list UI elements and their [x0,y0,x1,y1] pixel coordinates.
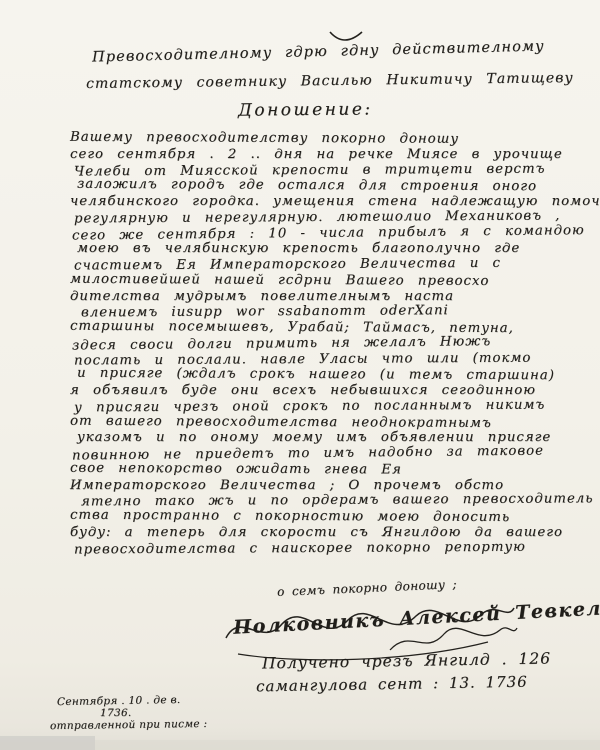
addressee-line-2: статскому советнику Василью Никитичу Тат… [86,70,574,92]
body-line: свое непокорство ожидать гнева Ея [70,460,550,478]
body-line: Вашему превосходителству покорно доношу [70,130,550,148]
body-line: милостивейшей нашей гсдрни Вашего превос… [70,271,550,289]
body-text: Вашему превосходителству покорно доношу … [70,131,550,556]
margin-note-line-1: Сентября . 10 . де в. [57,694,181,708]
margin-note-line-3: отправленной при писме : [50,718,207,732]
received-note-line-1: Получено чрезъ Янгилд . 126 [262,649,551,672]
body-line: заложилъ городъ где остался для строения… [77,177,550,195]
body-line: моею въ челябинскую крепость благополучн… [77,241,550,257]
body-line: у присяги чрезъ оной срокъ по посланнымъ… [74,397,554,416]
body-line: челябинского городка. умещения стена над… [70,194,550,210]
body-line: сего сентября . 2 .. дня на речке Миясе … [70,147,550,163]
paper-corner-shadow [0,736,95,750]
received-note-line-2: самангулова сент : 13. 1736 [256,673,528,696]
body-line: ства пространно с покорностию моею донос… [70,508,550,526]
body-line: буду: а теперь для скорости съ Янгилдою … [70,525,550,541]
document-title: Доношение: [238,99,373,120]
margin-note-line-2: 1736. [100,707,132,719]
body-line: я объявилъ буде они всехъ небывшихся сег… [70,383,550,399]
body-line: и присяге (ждалъ срокъ нашего (и темъ ст… [77,366,550,384]
manuscript-page: Превосходителному гдрю гдну действително… [0,0,600,750]
body-line: Императорского Величества ; О прочемъ об… [70,478,550,494]
body-line: дителства мудрымъ повелителнымъ наста [70,289,550,305]
addressee-line-1: Превосходителному гдрю гдну действително… [92,38,545,65]
body-line: от вашего превосходителства неоднократны… [70,413,550,431]
body-line: превосходителства с наискорее покорно ре… [74,539,554,558]
